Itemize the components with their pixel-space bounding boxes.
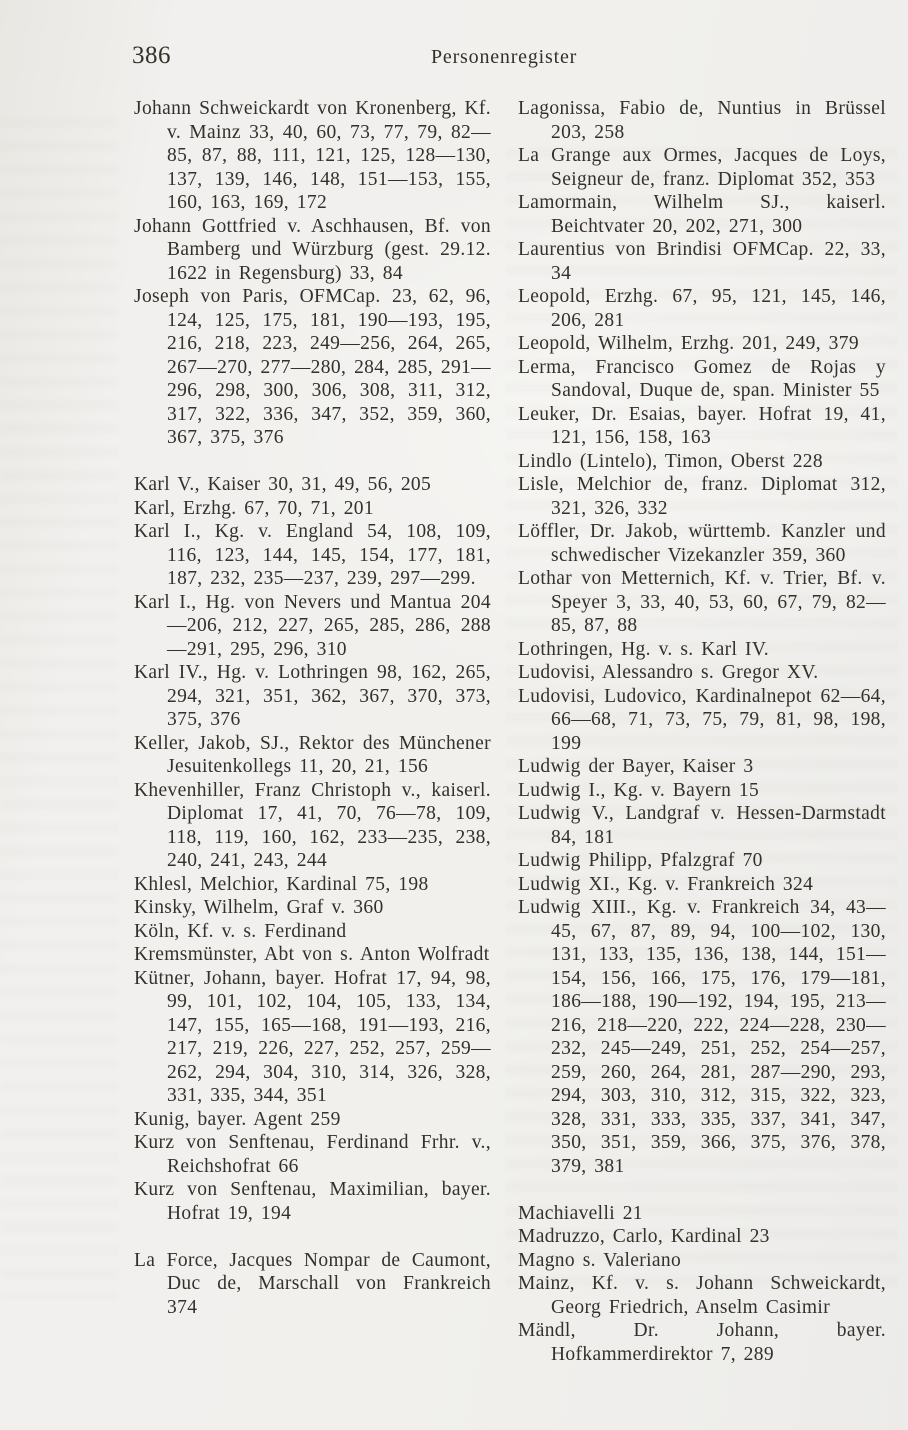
index-entry: Machiavelli 21 (518, 1202, 886, 1226)
index-entry: Mändl, Dr. Johann, bayer. Hofkammerdirek… (518, 1319, 886, 1366)
index-entry: Ludwig I., Kg. v. Bayern 15 (518, 779, 886, 803)
index-entry: Ludovisi, Ludovico, Kardinalnepot 62—64,… (518, 685, 886, 756)
index-entry: Khevenhiller, Franz Christoph v., kaiser… (134, 779, 491, 873)
index-entry: Lothar von Metternich, Kf. v. Trier, Bf.… (518, 567, 886, 638)
index-group: Machiavelli 21Madruzzo, Carlo, Kardinal … (518, 1202, 886, 1367)
index-entry: Leopold, Erzhg. 67, 95, 121, 145, 146, 2… (518, 285, 886, 332)
left-column: Johann Schweickardt von Kronenberg, Kf. … (134, 97, 491, 1319)
index-entry: Leopold, Wilhelm, Erzhg. 201, 249, 379 (518, 332, 886, 356)
index-entry: Ludwig XIII., Kg. v. Frankreich 34, 43—4… (518, 896, 886, 1178)
index-entry: Kremsmünster, Abt von s. Anton Wolfradt (134, 943, 491, 967)
running-title: Personenregister (431, 46, 577, 69)
index-group: Lagonissa, Fabio de, Nuntius in Brüssel … (518, 97, 886, 1178)
index-entry: Lagonissa, Fabio de, Nuntius in Brüssel … (518, 97, 886, 144)
index-group: Karl V., Kaiser 30, 31, 49, 56, 205Karl,… (134, 473, 491, 1225)
index-entry: Keller, Jakob, SJ., Rektor des Münchener… (134, 732, 491, 779)
right-column: Lagonissa, Fabio de, Nuntius in Brüssel … (518, 97, 886, 1366)
index-entry: Lerma, Francisco Gomez de Rojas y Sandov… (518, 356, 886, 403)
index-group: Johann Schweickardt von Kronenberg, Kf. … (134, 97, 491, 450)
index-entry: Kunig, bayer. Agent 259 (134, 1108, 491, 1132)
index-entry: Lamormain, Wilhelm SJ., kaiserl. Beichtv… (518, 191, 886, 238)
index-entry: Kütner, Johann, bayer. Hofrat 17, 94, 98… (134, 967, 491, 1108)
index-entry: Khlesl, Melchior, Kardinal 75, 198 (134, 873, 491, 897)
index-entry: Karl IV., Hg. v. Lothringen 98, 162, 265… (134, 661, 491, 732)
index-entry: Lindlo (Lintelo), Timon, Oberst 228 (518, 450, 886, 474)
index-entry: Leuker, Dr. Esaias, bayer. Hofrat 19, 41… (518, 403, 886, 450)
index-entry: Ludwig XI., Kg. v. Frankreich 324 (518, 873, 886, 897)
index-entry: Johann Gottfried v. Aschhausen, Bf. von … (134, 215, 491, 286)
index-entry: Mainz, Kf. v. s. Johann Schweickardt, Ge… (518, 1272, 886, 1319)
index-entry: Magno s. Valeriano (518, 1249, 886, 1273)
index-entry: Kurz von Senftenau, Ferdinand Frhr. v., … (134, 1131, 491, 1178)
book-page: 386 Personenregister Johann Schweickardt… (0, 0, 908, 1430)
index-entry: Karl V., Kaiser 30, 31, 49, 56, 205 (134, 473, 491, 497)
index-entry: Ludwig Philipp, Pfalzgraf 70 (518, 849, 886, 873)
bleed-through-texture (0, 110, 118, 1300)
index-entry: Ludwig V., Landgraf v. Hessen-Darmstadt … (518, 802, 886, 849)
index-entry: Joseph von Paris, OFMCap. 23, 62, 96, 12… (134, 285, 491, 450)
index-entry: Köln, Kf. v. s. Ferdinand (134, 920, 491, 944)
index-entry: Löffler, Dr. Jakob, württemb. Kanzler un… (518, 520, 886, 567)
index-entry: Lothringen, Hg. v. s. Karl IV. (518, 638, 886, 662)
index-entry: Kurz von Senftenau, Maximilian, bayer. H… (134, 1178, 491, 1225)
index-entry: Ludovisi, Alessandro s. Gregor XV. (518, 661, 886, 685)
index-entry: La Force, Jacques Nompar de Caumont, Duc… (134, 1249, 491, 1320)
index-entry: Karl I., Kg. v. England 54, 108, 109, 11… (134, 520, 491, 591)
index-entry: Karl I., Hg. von Nevers und Mantua 204—2… (134, 591, 491, 662)
index-entry: Johann Schweickardt von Kronenberg, Kf. … (134, 97, 491, 215)
index-entry: Madruzzo, Carlo, Kardinal 23 (518, 1225, 886, 1249)
page-number: 386 (132, 42, 171, 70)
index-group: La Force, Jacques Nompar de Caumont, Duc… (134, 1249, 491, 1320)
index-entry: La Grange aux Ormes, Jacques de Loys, Se… (518, 144, 886, 191)
index-entry: Ludwig der Bayer, Kaiser 3 (518, 755, 886, 779)
index-entry: Laurentius von Brindisi OFMCap. 22, 33, … (518, 238, 886, 285)
index-entry: Kinsky, Wilhelm, Graf v. 360 (134, 896, 491, 920)
index-entry: Karl, Erzhg. 67, 70, 71, 201 (134, 497, 491, 521)
index-entry: Lisle, Melchior de, franz. Diplomat 312,… (518, 473, 886, 520)
